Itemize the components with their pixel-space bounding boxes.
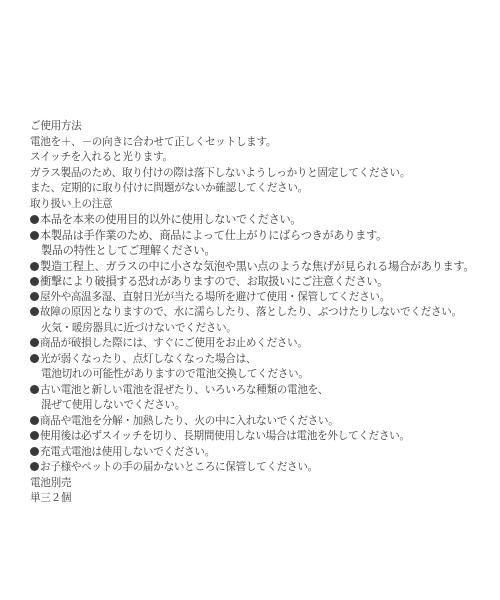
bullet-icon [30, 416, 39, 425]
precaution-continuation: 電池切れの可能性がありますので電池交換してください。 [30, 367, 500, 383]
precaution-item: 本品を本来の使用目的以外に使用しないでください。 [30, 212, 500, 228]
bullet-icon [30, 338, 39, 347]
usage-heading: ご使用方法 [30, 119, 500, 135]
precaution-text: 商品や電池を分解・加熱したり、火の中に入れないでください。 [40, 415, 339, 427]
usage-line: 電池を＋、－の向きに合わせて正しくセットします。 [30, 135, 500, 151]
battery-spec: 単三２個 [30, 491, 500, 507]
precaution-continuation: 製品の特性としてご理解ください。 [30, 243, 500, 259]
precaution-continuation: 火気・暖房器具に近づけないでください。 [30, 321, 500, 337]
bullet-icon [30, 292, 39, 301]
battery-note: 電池別売 [30, 476, 500, 492]
precaution-item: 光が弱くなったり、点灯しなくなった場合は、 [30, 352, 500, 368]
precaution-text: 衝撃により破損する恐れがありますので、お取扱いにご注意ください。 [40, 275, 388, 288]
precaution-item: 故障の原因となりますので、水に濡らしたり、落としたり、ぶつけたりしないでください… [30, 305, 500, 321]
precaution-text: お子様やペットの手の届かないところに保管してください。 [40, 461, 318, 473]
bullet-icon [30, 354, 39, 363]
bullet-icon [30, 277, 39, 286]
usage-line: また、定期的に取り付けに問題がないか確認してください。 [30, 181, 500, 197]
precaution-item: 古い電池と新しい電池を混ぜたり、いろいろな種類の電池を、 [30, 383, 500, 399]
precaution-text: 光が弱くなったり、点灯しなくなった場合は、 [40, 353, 256, 365]
precaution-item: 製造工程上、ガラスの中に小さな気泡や黒い点のような焦げが見られる場合があります。 [30, 259, 500, 275]
bullet-icon [30, 307, 39, 316]
usage-line: スイッチを入れると光ります。 [30, 150, 500, 166]
precaution-item: 商品が破損した際には、すぐにご使用をお止めください。 [30, 336, 500, 352]
bullet-icon [30, 462, 39, 471]
precaution-text: 屋外や高温多湿、直射日光が当たる場所を避けて使用・保管してください。 [40, 291, 390, 303]
precaution-item: お子様やペットの手の届かないところに保管してください。 [30, 460, 500, 476]
bullet-icon [30, 431, 39, 440]
precaution-text: 商品が破損した際には、すぐにご使用をお止めください。 [40, 337, 308, 349]
precaution-item: 充電式電池は使用しないでください。 [30, 445, 500, 461]
precaution-text: 本品を本来の使用目的以外に使用しないでください。 [40, 213, 301, 226]
precaution-text: 製造工程上、ガラスの中に小さな気泡や黒い点のような焦げが見られる場合があります。 [40, 260, 474, 273]
precaution-item: 衝撃により破損する恐れがありますので、お取扱いにご注意ください。 [30, 274, 500, 290]
precaution-item: 本製品は手作業のため、商品によって仕上がりにばらつきがあります。 [30, 228, 500, 244]
bullet-icon [30, 262, 39, 271]
bullet-icon [30, 215, 39, 224]
precaution-text: 使用後は必ずスイッチを切り、長期間使用しない場合は電池を外してください。 [40, 430, 410, 442]
precaution-text: 故障の原因となりますので、水に濡らしたり、落としたり、ぶつけたりしないでください… [40, 306, 462, 318]
bullet-icon [30, 385, 39, 394]
product-instructions: ご使用方法 電池を＋、－の向きに合わせて正しくセットします。 スイッチを入れると… [30, 119, 500, 507]
precaution-text: 古い電池と新しい電池を混ぜたり、いろいろな種類の電池を、 [40, 384, 328, 396]
precaution-text: 充電式電池は使用しないでください。 [40, 446, 215, 458]
bullet-icon [30, 447, 39, 456]
precautions-heading: 取り扱い上の注意 [30, 197, 500, 213]
precaution-continuation: 混ぜて使用しないでください。 [30, 398, 500, 414]
bullet-icon [30, 231, 39, 240]
precaution-text: 本製品は手作業のため、商品によって仕上がりにばらつきがあります。 [40, 229, 387, 242]
precaution-item: 商品や電池を分解・加熱したり、火の中に入れないでください。 [30, 414, 500, 430]
usage-line: ガラス製品のため、取り付けの際は落下しないようしっかりと固定してください。 [30, 166, 500, 182]
precaution-item: 使用後は必ずスイッチを切り、長期間使用しない場合は電池を外してください。 [30, 429, 500, 445]
precaution-item: 屋外や高温多湿、直射日光が当たる場所を避けて使用・保管してください。 [30, 290, 500, 306]
